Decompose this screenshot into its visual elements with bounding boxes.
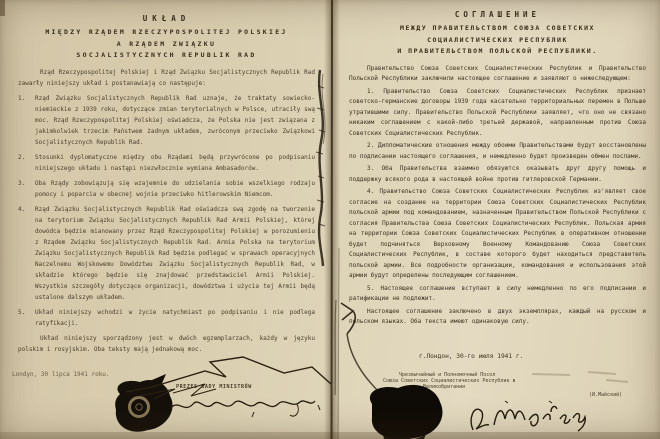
polish-closing-paragraph: Układ niniejszy sporządzony jest w dwóch… [18, 333, 315, 355]
clause-text: Stosunki dyplomatyczne między obu Rządam… [35, 154, 315, 172]
russian-clause-2: 2. Дипломатические отношения между обоим… [349, 141, 646, 162]
polish-clause-4: 4. Rząd Związku Socjalistycznych Republi… [18, 204, 315, 303]
clause-number: 5. [18, 307, 25, 318]
clause-number: 4. [367, 188, 374, 195]
polish-intro-paragraph: Rząd Rzeczypospolitej Polskiej i Rząd Zw… [18, 67, 315, 89]
russian-title-line: СОГЛАШЕНИЕ [349, 8, 646, 21]
page-polish: UKŁAD MIĘDZY RZĄDEM RZECZYPOSPOLITEJ POL… [0, 0, 331, 439]
polish-title-line: UKŁAD [18, 12, 315, 25]
clause-number: 5. [367, 285, 374, 292]
russian-title-line: СОЦИАЛИСТИЧЕСКИХ РЕСПУБЛИК [349, 35, 646, 47]
polish-signer-title: PREZES RADY MINISTRÓW [176, 382, 252, 393]
russian-signer-title-block: Чрезвычайный и Полномочный Посол Союза С… [383, 372, 515, 390]
clause-text: Oba Rządy zobowiązują się wzajemnie do u… [35, 180, 315, 198]
clause-number: 3. [367, 165, 374, 172]
clause-text: Правительство Союза Советских Социалисти… [349, 88, 646, 137]
clause-number: 2. [18, 152, 25, 163]
clause-text: Rząd Związku Socjalistycznych Republik R… [35, 95, 315, 146]
clause-text: Настоящее соглашение вступает в силу нем… [349, 285, 646, 303]
polish-title-block: UKŁAD MIĘDZY RZĄDEM RZECZYPOSPOLITEJ POL… [18, 12, 315, 62]
russian-intro-paragraph: Правительство Союза Советских Социалисти… [349, 64, 646, 85]
page-russian: СОГЛАШЕНИЕ МЕЖДУ ПРАВИТЕЛЬСТВОМ СОЮЗА СО… [333, 0, 660, 439]
clause-text: Układ niniejszy wchodzi w życie natychmi… [35, 309, 315, 327]
russian-signer-name: (И.Майский) [589, 390, 622, 401]
clause-number: 3. [18, 178, 25, 189]
russian-clause-3: 3. Оба Правительства взаимно обязуются о… [349, 164, 646, 185]
russian-title-block: СОГЛАШЕНИЕ МЕЖДУ ПРАВИТЕЛЬСТВОМ СОЮЗА СО… [349, 8, 646, 58]
polish-clause-5: 5. Układ niniejszy wchodzi w życie natyc… [18, 307, 315, 329]
russian-clause-5: 5. Настоящее соглашение вступает в силу … [349, 284, 646, 305]
russian-clause-1: 1. Правительство Союза Советских Социали… [349, 87, 646, 140]
clause-text: Правительство Союза Советских Социалисти… [349, 188, 646, 279]
polish-title-line: SOCJALISTYCZNYCH REPUBLIK RAD [18, 50, 315, 62]
polish-title-line: A RZĄDEM ZWIĄZKU [18, 39, 315, 51]
clause-number: 1. [367, 88, 374, 95]
russian-title-line: МЕЖДУ ПРАВИТЕЛЬСТВОМ СОЮЗА СОВЕТСКИХ [349, 23, 646, 35]
polish-clause-3: 3. Oba Rządy zobowiązują się wzajemnie d… [18, 178, 315, 200]
clause-text: Дипломатические отношения между обоими П… [349, 142, 646, 160]
clause-number: 4. [18, 204, 25, 215]
polish-clause-1: 1. Rząd Związku Socjalistycznych Republi… [18, 93, 315, 148]
signer-title-line: Великобритании [423, 384, 515, 390]
russian-title-line: И ПРАВИТЕЛЬСТВОМ ПОЛЬСКОЙ РЕСПУБЛИКИ. [349, 46, 646, 58]
treaty-photo: UKŁAD MIĘDZY RZĄDEM RZECZYPOSPOLITEJ POL… [0, 0, 660, 439]
clause-text: Оба Правительства взаимно обязуются оказ… [349, 165, 646, 183]
clause-number: 1. [18, 93, 25, 104]
clause-text: Rząd Związku Socjalistycznych Republik R… [35, 206, 315, 301]
clause-number: 2. [367, 142, 374, 149]
polish-clause-2: 2. Stosunki dyplomatyczne między obu Rzą… [18, 152, 315, 174]
polish-title-line: MIĘDZY RZĄDEM RZECZYPOSPOLITEJ POLSKIEJ [18, 27, 315, 39]
russian-clause-4: 4. Правительство Союза Советских Социали… [349, 187, 646, 282]
russian-dateline: г.Лондон, 30-го июля 1941 г. [419, 352, 523, 363]
russian-closing-paragraph: Настоящее соглашение заключено в двух эк… [349, 307, 646, 328]
polish-dateline: Londyn, 30 lipca 1941 roku. [12, 369, 110, 380]
